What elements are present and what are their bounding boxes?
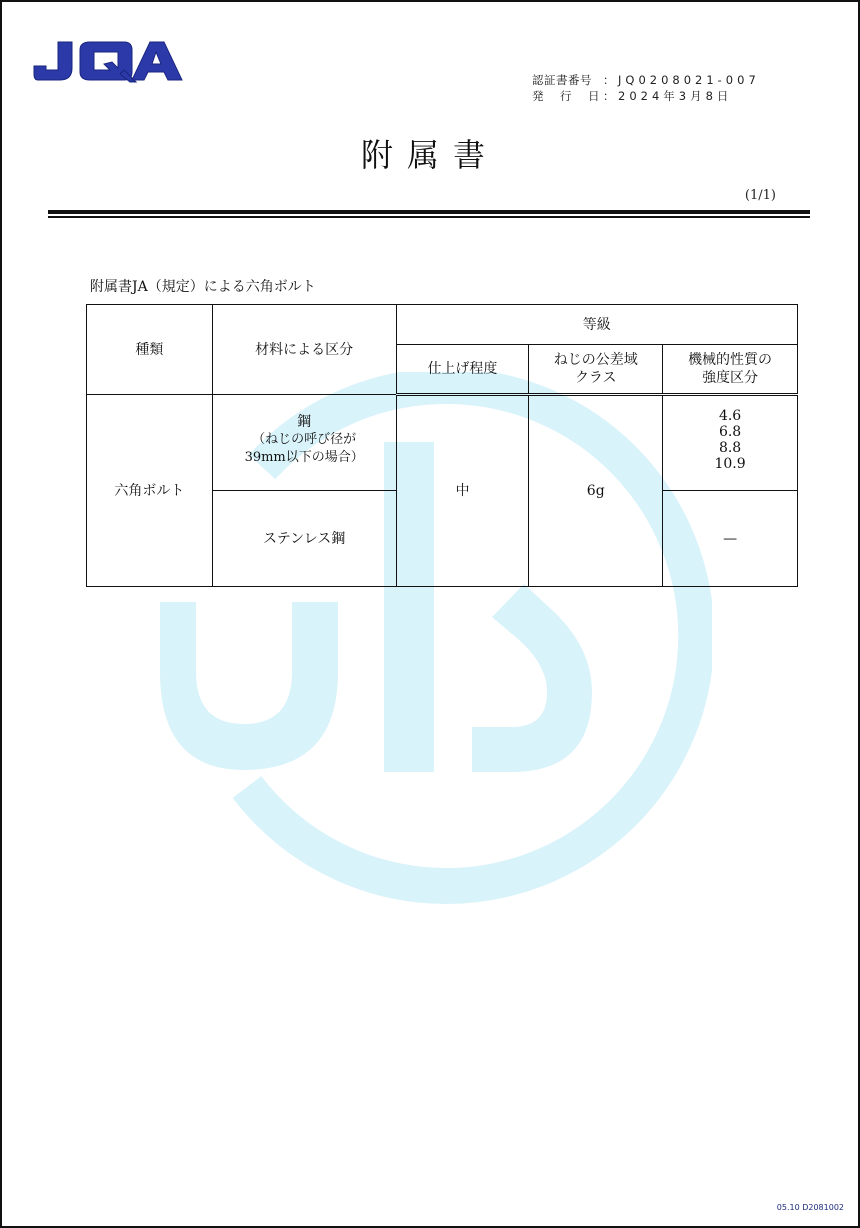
footer-code: 05.10 D2081002 — [777, 1203, 844, 1212]
issue-label-char: 発 — [532, 88, 544, 104]
table-row: 六角ボルト 鋼 （ねじの呼び径が 39mm以下の場合） 中 6g 4.6 6.8… — [87, 395, 798, 491]
header-material-class: 材料による区分 — [212, 305, 396, 395]
cell-material-stainless: ステンレス鋼 — [212, 491, 396, 587]
issue-label-char: 日 — [588, 88, 600, 104]
certificate-number-label: 認証書番号 — [532, 72, 600, 88]
cell-finish: 中 — [396, 395, 529, 587]
table-caption: 附属書JA（規定）による六角ボルト — [90, 276, 316, 296]
header-strength-line: 機械的性質の — [663, 351, 797, 369]
certificate-number-value: JQ0208021-007 — [618, 72, 760, 88]
jqa-logo — [32, 38, 184, 84]
material-line: （ねじの呼び径が — [213, 431, 396, 449]
cell-tolerance: 6g — [529, 395, 663, 587]
strength-value: 4.6 — [663, 408, 797, 424]
certificate-number-row: 認証書番号 ： JQ0208021-007 — [532, 72, 760, 88]
issue-date-value: 2024年3月8日 — [618, 88, 732, 104]
issue-label-char: 行 — [560, 88, 572, 104]
issue-date-label: 発 行 日 — [532, 88, 600, 104]
cell-strength-stainless: — — [663, 491, 798, 587]
cell-material-steel: 鋼 （ねじの呼び径が 39mm以下の場合） — [212, 395, 396, 491]
material-line: 39mm以下の場合） — [213, 449, 396, 467]
document-title: 附属書 — [2, 130, 858, 176]
strength-value: 6.8 — [663, 424, 797, 440]
cell-strength-steel: 4.6 6.8 8.8 10.9 — [663, 395, 798, 491]
header-strength-line: 強度区分 — [663, 369, 797, 387]
header-type: 種類 — [87, 305, 213, 395]
header-row: 種類 材料による区分 等級 — [87, 305, 798, 345]
header-rule-thin — [48, 216, 810, 218]
material-line: 鋼 — [213, 413, 396, 431]
issue-date-row: 発 行 日 ： 2024年3月8日 — [532, 88, 760, 104]
header-strength: 機械的性質の 強度区分 — [663, 345, 798, 395]
header-rule — [48, 210, 810, 214]
header-tolerance-line: クラス — [529, 369, 662, 387]
strength-value: 10.9 — [663, 456, 797, 472]
spec-table: 種類 材料による区分 等級 仕上げ程度 ねじの公差域 クラス 機械的性質の 強度… — [86, 304, 798, 587]
strength-value: 8.8 — [663, 440, 797, 456]
separator: ： — [600, 72, 618, 88]
separator: ： — [600, 88, 618, 104]
certificate-page: 認証書番号 ： JQ0208021-007 発 行 日 ： 2024年3月8日 … — [0, 0, 860, 1228]
cell-type: 六角ボルト — [87, 395, 213, 587]
header-tolerance-line: ねじの公差域 — [529, 351, 662, 369]
page-indicator: (1/1) — [745, 188, 776, 203]
header-tolerance: ねじの公差域 クラス — [529, 345, 663, 395]
header-grade: 等級 — [396, 305, 797, 345]
certificate-info: 認証書番号 ： JQ0208021-007 発 行 日 ： 2024年3月8日 — [532, 72, 760, 104]
header-finish: 仕上げ程度 — [396, 345, 529, 395]
